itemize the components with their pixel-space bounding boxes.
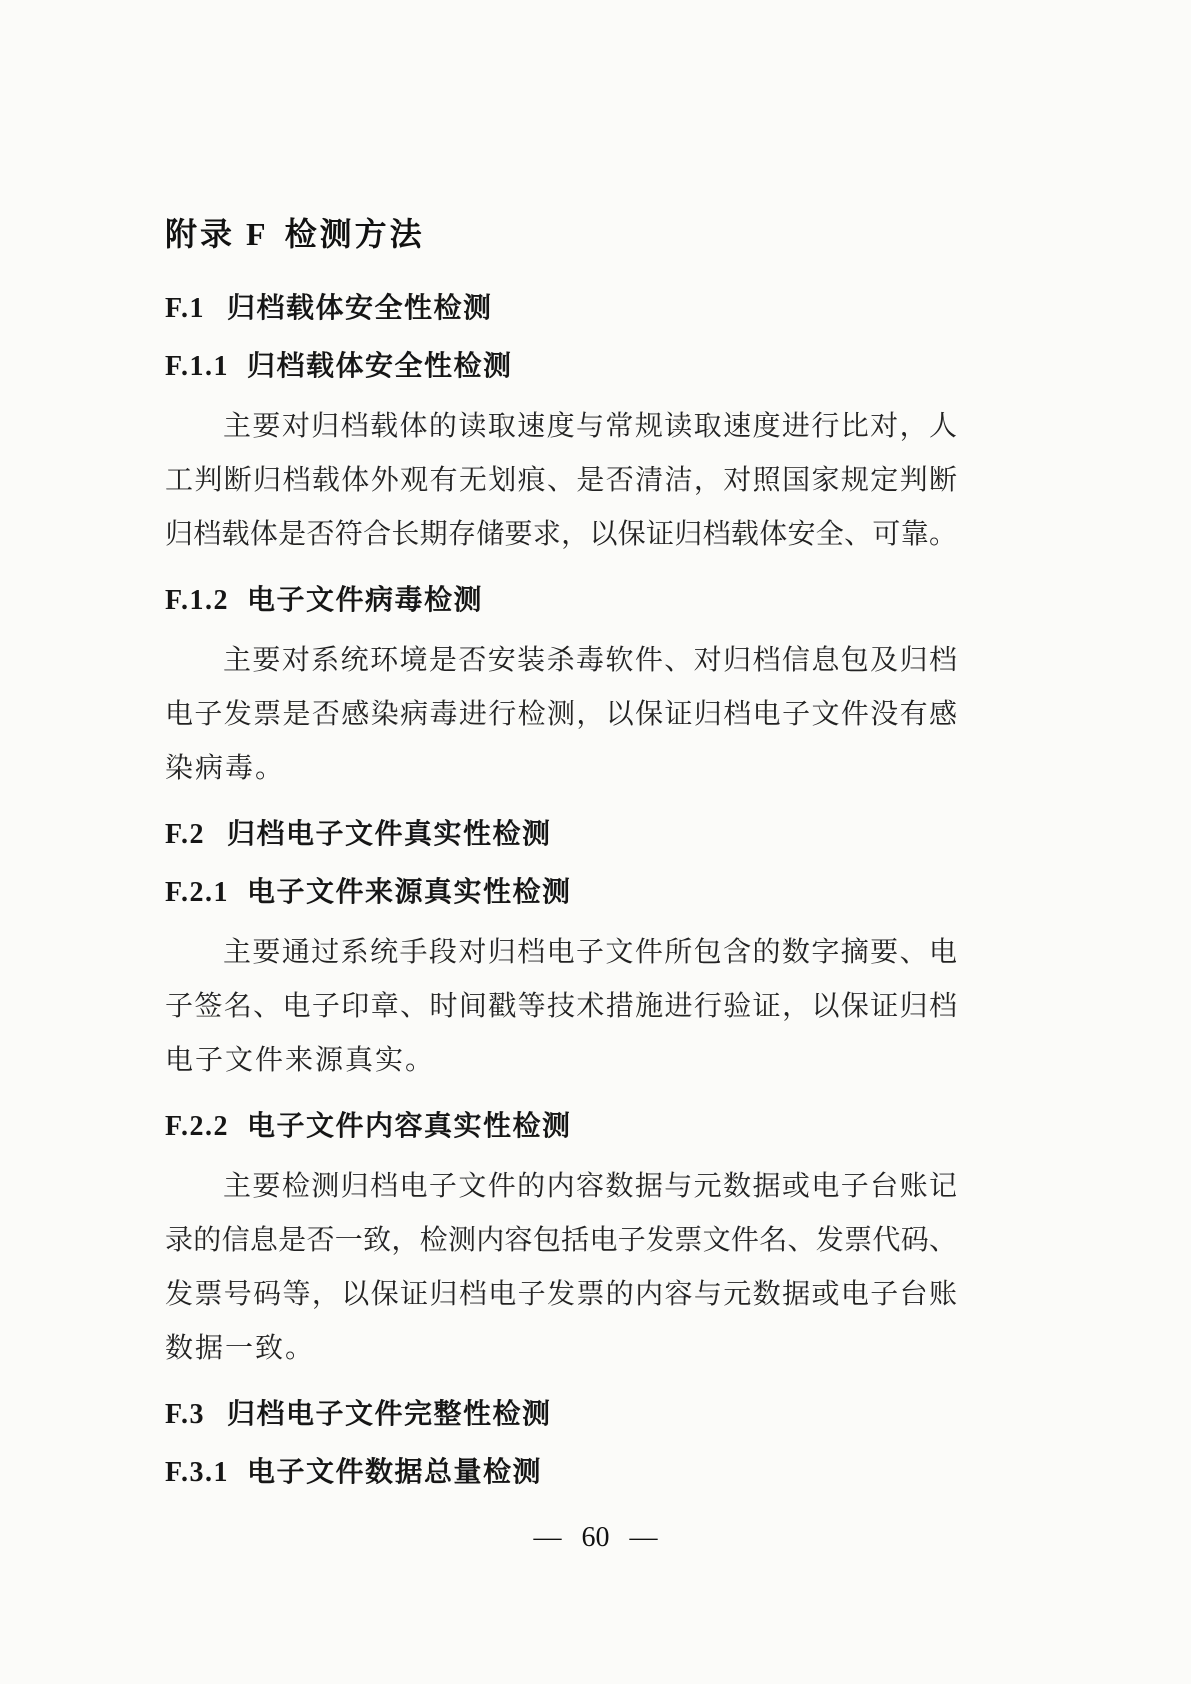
- section-heading-f3-1: F.3.1 电子文件数据总量检测: [165, 1452, 957, 1494]
- section-title: 归档载体安全性检测: [227, 288, 493, 330]
- section-number: F.3: [165, 1394, 205, 1436]
- section-number: F.1.1: [165, 346, 229, 388]
- text-line: 染病毒。: [165, 742, 957, 796]
- text-line: 发票号码等，以保证归档电子发票的内容与元数据或电子台账: [165, 1268, 957, 1322]
- section-heading-f1-1: F.1.1 归档载体安全性检测: [165, 346, 957, 388]
- text-line: 电子发票是否感染病毒进行检测，以保证归档电子文件没有感: [165, 688, 957, 742]
- text-line: 工判断归档载体外观有无划痕、是否清洁，对照国家规定判断: [165, 454, 957, 508]
- section-heading-f2: F.2 归档电子文件真实性检测: [165, 814, 957, 856]
- section-heading-f1: F.1 归档载体安全性检测: [165, 288, 957, 330]
- text-line: 数据一致。: [165, 1322, 957, 1376]
- section-number: F.2: [165, 814, 205, 856]
- document-page: 附录 F 检测方法 F.1 归档载体安全性检测 F.1.1 归档载体安全性检测 …: [165, 212, 957, 1504]
- text-line: 电子文件来源真实。: [165, 1034, 957, 1088]
- footer-dash-right: —: [630, 1522, 658, 1554]
- appendix-title-text: 检测方法: [285, 212, 425, 256]
- section-number: F.3.1: [165, 1452, 229, 1494]
- paragraph-f1-1: 主要对归档载体的读取速度与常规读取速度进行比对，人 工判断归档载体外观有无划痕、…: [165, 400, 957, 562]
- section-heading-f2-2: F.2.2 电子文件内容真实性检测: [165, 1106, 957, 1148]
- section-title: 归档电子文件完整性检测: [227, 1394, 552, 1436]
- text-line: 主要通过系统手段对归档电子文件所包含的数字摘要、电: [165, 926, 957, 980]
- text-line: 主要检测归档电子文件的内容数据与元数据或电子台账记: [165, 1160, 957, 1214]
- text-line: 主要对系统环境是否安装杀毒软件、对归档信息包及归档: [165, 634, 957, 688]
- section-title: 电子文件内容真实性检测: [247, 1106, 572, 1148]
- section-title: 电子文件来源真实性检测: [247, 872, 572, 914]
- paragraph-f2-2: 主要检测归档电子文件的内容数据与元数据或电子台账记 录的信息是否一致，检测内容包…: [165, 1160, 957, 1376]
- section-number: F.1: [165, 288, 205, 330]
- page-footer: — 60 —: [0, 1522, 1191, 1554]
- section-title: 电子文件病毒检测: [247, 580, 483, 622]
- section-number: F.1.2: [165, 580, 229, 622]
- text-line: 录的信息是否一致，检测内容包括电子发票文件名、发票代码、: [165, 1214, 957, 1268]
- section-number: F.2.2: [165, 1106, 229, 1148]
- paragraph-f2-1: 主要通过系统手段对归档电子文件所包含的数字摘要、电 子签名、电子印章、时间戳等技…: [165, 926, 957, 1088]
- page-number: 60: [582, 1522, 610, 1554]
- footer-dash-left: —: [534, 1522, 562, 1554]
- section-heading-f3: F.3 归档电子文件完整性检测: [165, 1394, 957, 1436]
- section-number: F.2.1: [165, 872, 229, 914]
- section-title: 归档载体安全性检测: [247, 346, 513, 388]
- section-heading-f2-1: F.2.1 电子文件来源真实性检测: [165, 872, 957, 914]
- section-title: 电子文件数据总量检测: [247, 1452, 542, 1494]
- appendix-title-number: 附录 F: [165, 212, 269, 256]
- section-title: 归档电子文件真实性检测: [227, 814, 552, 856]
- section-heading-f1-2: F.1.2 电子文件病毒检测: [165, 580, 957, 622]
- text-line: 子签名、电子印章、时间戳等技术措施进行验证，以保证归档: [165, 980, 957, 1034]
- text-line: 归档载体是否符合长期存储要求，以保证归档载体安全、可靠。: [165, 508, 957, 562]
- text-line: 主要对归档载体的读取速度与常规读取速度进行比对，人: [165, 400, 957, 454]
- appendix-title: 附录 F 检测方法: [165, 212, 957, 256]
- paragraph-f1-2: 主要对系统环境是否安装杀毒软件、对归档信息包及归档 电子发票是否感染病毒进行检测…: [165, 634, 957, 796]
